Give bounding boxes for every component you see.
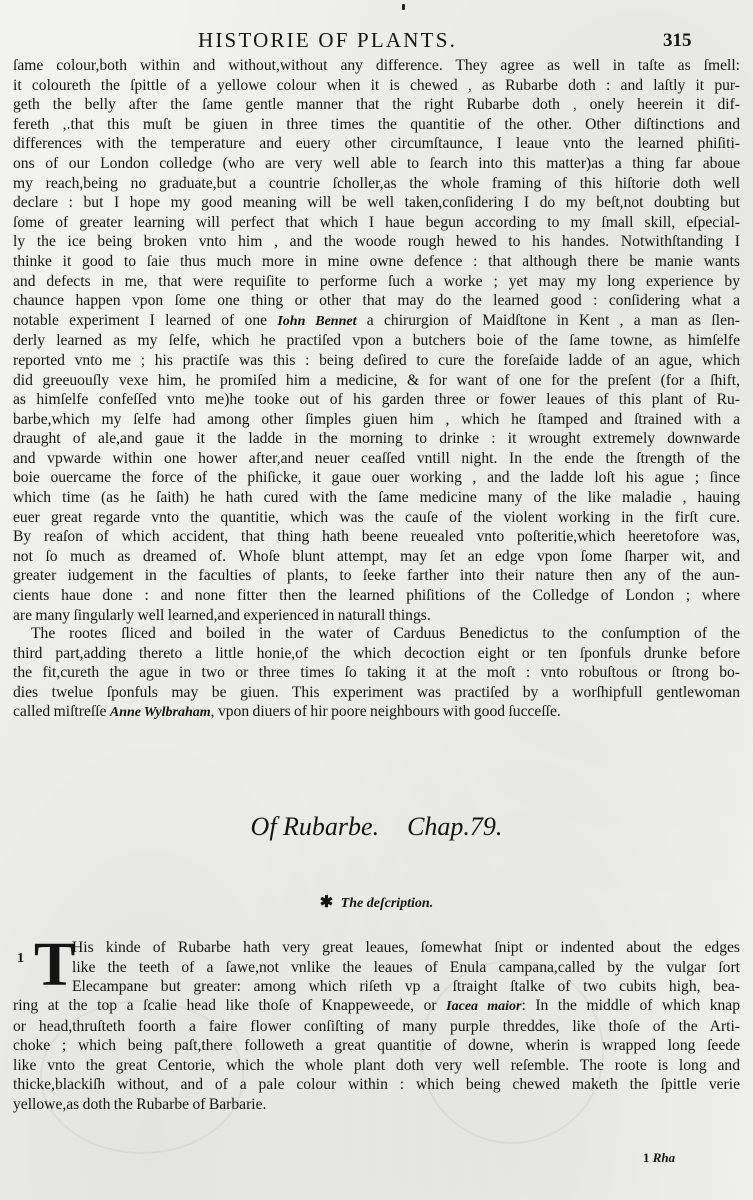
chapter-title: Of Rubarbe.: [251, 812, 380, 841]
text-line: my reach,being no graduate,but a countri…: [13, 174, 740, 194]
running-head: HISTORIE OF PLANTS. 315: [0, 28, 753, 54]
text-line: called miſtreſſe Anne Wylbraham, vpon di…: [13, 702, 740, 723]
text-line: it coloureth the ſpittle of a yellowe co…: [13, 76, 740, 96]
ink-speck: [402, 4, 405, 10]
asterisk-icon: ✱: [320, 894, 333, 911]
text-line: ſame colour,both within and without,with…: [13, 56, 740, 76]
text-line: choke ; which being paſt,there followeth…: [13, 1036, 740, 1056]
text-line: and defects in me, that were requiſite t…: [13, 272, 740, 292]
text-line: and vpwarde within one hower after,and n…: [13, 449, 740, 469]
chapter-heading: Of Rubarbe.Chap.79.: [0, 812, 753, 842]
text-line: greater iudgement in the faculties of pl…: [13, 566, 740, 586]
text-line: derly learned as my ſelfe, which he prac…: [13, 331, 740, 351]
text-line: geth the belly after the ſame gentle man…: [13, 95, 740, 115]
text-line: as himſelfe confeſſed vnto me)he tooke o…: [13, 390, 740, 410]
text-line: ons of our London colledge (who are very…: [13, 154, 740, 174]
text-line: boie ouercame the force of the phiſicke,…: [13, 468, 740, 488]
text-line: ſome of greater learning will perfect th…: [13, 213, 740, 233]
text-line: differences with the temperature and eue…: [13, 134, 740, 154]
book-page: HISTORIE OF PLANTS. 315 ſame colour,both…: [0, 0, 753, 1200]
body-paragraph-2: The rootes ſliced and boiled in the wate…: [13, 624, 740, 723]
catchword: 1 Rha: [643, 1150, 675, 1166]
text-line: By reaſon of which accident, that thing …: [13, 527, 740, 547]
text-line: which time (as he ſaith) he hath cured w…: [13, 488, 740, 508]
text-line: third part,adding thereto a little honie…: [13, 644, 740, 664]
text-line: ring at the top a ſcalie head like thoſe…: [13, 996, 740, 1017]
text-line: declare : but I hope my good meaning wil…: [13, 193, 740, 213]
text-line: did greeuouſly vexe him, he promiſed him…: [13, 371, 740, 391]
page-number: 315: [663, 30, 692, 52]
text-line: His kinde of Rubarbe hath very great lea…: [72, 938, 740, 958]
text-line: or head,thruſteth foorth a faire flower …: [13, 1017, 740, 1037]
proper-name: Anne Wylbraham: [110, 705, 211, 720]
text-line: fereth ,.that this muſt be giuen in thre…: [13, 115, 740, 135]
signature-mark: 1: [643, 1150, 650, 1165]
text-line: yellowe,as doth the Rubarbe of Barbarie.: [13, 1095, 740, 1115]
text-line: the fit,cureth the ague in two or three …: [13, 663, 740, 683]
text-line: chaunce happen vpon ſome one thing or ot…: [13, 291, 740, 311]
description-first-lines: His kinde of Rubarbe hath very great lea…: [72, 938, 740, 997]
drop-cap: T: [34, 937, 75, 993]
section-title: The deſcription.: [341, 896, 434, 911]
body-paragraph-1: ſame colour,both within and without,with…: [13, 56, 740, 625]
text-line: ly the ice being broken vnto him , and t…: [13, 232, 740, 252]
text-line: Elecampane but greater: among which riſe…: [72, 977, 740, 997]
text-line: are many ſingularly well learned,and exp…: [13, 606, 740, 626]
catchword-text: Rha: [653, 1150, 675, 1165]
text-line: not ſo much as dreamed of. Whoſe blunt a…: [13, 547, 740, 567]
text-line: draught of ale,and gaue it the ladde in …: [13, 429, 740, 449]
proper-name: Iacea maior: [446, 999, 521, 1014]
text-line: euer great regarde vnto the quantitie, w…: [13, 508, 740, 528]
text-line: notable experiment I learned of one Iohn…: [13, 311, 740, 332]
text-line: dies twelue ſponfuls may be giuen. This …: [13, 683, 740, 703]
text-line: cients haue done : and none fitter then …: [13, 586, 740, 606]
text-line: thicke,blackiſh without, and of a pale c…: [13, 1075, 740, 1095]
description-rest: ring at the top a ſcalie head like thoſe…: [13, 996, 740, 1115]
margin-number: 1: [17, 951, 24, 967]
chapter-number: Chap.79.: [407, 812, 502, 841]
text-line: barbe,which my ſelfe had among other ſim…: [13, 410, 740, 430]
text-line: thinke it good to ſaie thus much more in…: [13, 252, 740, 272]
text-line: like the teeth of a ſawe,not vnlike the …: [72, 958, 740, 978]
text-line: reported vnto me ; his practiſe was this…: [13, 351, 740, 371]
text-line: like vnto the great Centorie, which the …: [13, 1056, 740, 1076]
text-line: The rootes ſliced and boiled in the wate…: [13, 624, 740, 644]
proper-name: Iohn Bennet: [277, 314, 356, 329]
section-heading: ✱ The deſcription.: [0, 892, 753, 912]
running-title: HISTORIE OF PLANTS.: [198, 28, 457, 53]
